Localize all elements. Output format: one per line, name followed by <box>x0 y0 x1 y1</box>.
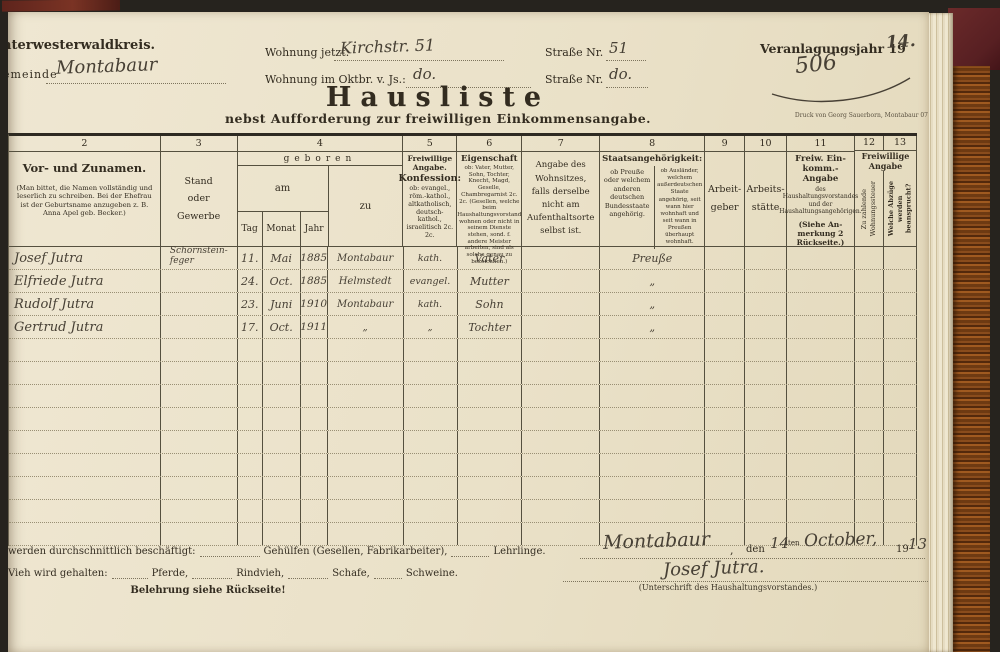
cell-monat <box>263 431 301 453</box>
cell-jahr <box>301 477 328 499</box>
cell-tag <box>238 408 263 430</box>
cell-wohnungssteuer <box>855 454 884 476</box>
cell-eigenschaft: Mutter <box>458 270 523 292</box>
form-subtitle: nebst Aufforderung zur freiwilligen Eink… <box>188 111 688 126</box>
place-handwritten: Montabaur <box>603 528 711 554</box>
den-label: den <box>746 544 765 555</box>
cell-monat <box>263 477 301 499</box>
cell-staatsangehoerigkeit: „ <box>600 270 705 292</box>
cell-einkommen <box>787 454 855 476</box>
cell-konfession <box>404 523 458 545</box>
cell-einkommen <box>787 293 855 315</box>
cell-jahr <box>301 523 328 545</box>
cell-arbeitsstaette <box>745 247 787 269</box>
cell-monat <box>263 362 301 384</box>
cell-geburtsort <box>328 431 404 453</box>
cell-staatsangehoerigkeit <box>600 431 705 453</box>
strasse-nr-value-1-handwritten: 51 <box>609 39 628 57</box>
cell-wohnsitz <box>522 454 600 476</box>
cell-geburtsort: „ <box>328 316 404 338</box>
cell-eigenschaft: Vater <box>458 247 523 269</box>
gemeinde-value-handwritten: Montabaur <box>56 54 158 79</box>
cell-wohnungssteuer <box>855 477 884 499</box>
strasse-nr-label-1: Straße Nr. <box>545 46 603 59</box>
cell-wohnungssteuer <box>855 339 884 361</box>
month-handwritten: October, <box>804 529 878 552</box>
cell-arbeitgeber <box>705 523 745 545</box>
geboren-label: geboren <box>238 152 403 166</box>
wohnung-oktbr-value-handwritten: do. <box>413 65 436 83</box>
cell-abzuege <box>884 247 917 269</box>
cell-stand: Schornstein- feger <box>161 247 238 269</box>
cell-konfession: kath. <box>404 247 458 269</box>
col-3-number: 3 <box>161 136 237 152</box>
cell-stand <box>161 408 238 430</box>
col-4-header: 4 geboren am Tag Monat Jahr zu <box>238 136 404 246</box>
cell-konfession <box>404 477 458 499</box>
table-row <box>9 339 917 362</box>
cell-tag <box>238 523 263 545</box>
table-row <box>9 477 917 500</box>
cell-stand <box>161 523 238 545</box>
cell-jahr: 1910 <box>301 293 328 315</box>
cell-arbeitsstaette <box>745 270 787 292</box>
col-11-note2: (Siehe An- merkung 2 Rückseite.) <box>797 220 845 248</box>
cell-wohnsitz <box>522 293 600 315</box>
cell-name: Josef Jutra <box>9 247 161 269</box>
col-10-number: 10 <box>745 136 786 152</box>
cell-staatsangehoerigkeit <box>600 339 705 361</box>
tag-label: Tag <box>238 212 263 246</box>
cell-arbeitsstaette <box>745 293 787 315</box>
cell-geburtsort <box>328 408 404 430</box>
wohnung-jetzt-dotted-line <box>334 59 504 61</box>
col-5-line2: Konfession: <box>399 173 461 184</box>
cell-monat <box>263 385 301 407</box>
cell-wohnsitz <box>522 270 600 292</box>
table-row <box>9 500 917 523</box>
book-scan: nterwesterwaldkreis. emeinde Montabaur W… <box>0 0 1000 652</box>
cell-arbeitsstaette <box>745 316 787 338</box>
cell-einkommen <box>787 270 855 292</box>
cell-abzuege <box>884 408 917 430</box>
table-row <box>9 454 917 477</box>
cell-wohnsitz <box>522 523 600 545</box>
col-13-rotated-label: Welche Abzüge werden beansprucht? <box>887 181 913 236</box>
table-row: Rudolf Jutra 23. Juni 1910 Montabaur kat… <box>9 293 917 316</box>
col-12-rotated-label: Zu zahlende Wohnungssteuer <box>860 181 878 236</box>
cell-arbeitsstaette <box>745 362 787 384</box>
cell-name: Elfriede Jutra <box>9 270 161 292</box>
cell-monat: Mai <box>263 247 301 269</box>
employees-blank-1 <box>200 547 260 557</box>
col-11-note: des Haushaltungsvorstandes und der Haush… <box>776 185 864 217</box>
cell-jahr <box>301 408 328 430</box>
cell-abzuege <box>884 339 917 361</box>
col-12-number: 12 <box>855 136 884 150</box>
cell-staatsangehoerigkeit: „ <box>600 316 705 338</box>
col-5-line1: Freiwillige Angabe. <box>407 154 452 172</box>
cell-name <box>9 385 161 407</box>
cell-name <box>9 431 161 453</box>
cell-wohnsitz <box>522 385 600 407</box>
cell-einkommen <box>787 339 855 361</box>
col-8-right-note: ob Ausländer, welchem außerdeutschen Sta… <box>655 166 704 249</box>
cell-tag <box>238 500 263 522</box>
cell-monat <box>263 454 301 476</box>
am-label: am <box>238 166 328 212</box>
livestock-blank-2 <box>192 569 232 579</box>
cell-name: Gertrud Jutra <box>9 316 161 338</box>
cell-monat <box>263 500 301 522</box>
col-8-title: Staatsangehörigkeit: <box>600 152 704 166</box>
cell-arbeitgeber <box>705 385 745 407</box>
strasse-nr-1-dotted-line <box>606 59 646 61</box>
cell-stand <box>161 270 238 292</box>
cell-geburtsort: Helmstedt <box>328 270 404 292</box>
cell-arbeitsstaette <box>745 339 787 361</box>
col-8-header: 8 Staatsangehörigkeit: ob Preuße oder we… <box>600 136 705 246</box>
cell-monat <box>263 523 301 545</box>
col-8-left-note: ob Preuße oder welchem anderen deutschen… <box>600 166 655 249</box>
cell-arbeitsstaette <box>745 408 787 430</box>
cell-arbeitgeber <box>705 316 745 338</box>
livestock-item-pferde: Pferde, <box>152 568 189 579</box>
cell-jahr <box>301 454 328 476</box>
year-handwritten: 13 <box>908 535 927 553</box>
cell-name <box>9 408 161 430</box>
col-7-title: Angabe des Wohnsitzes, falls derselbe ni… <box>522 159 599 238</box>
signature-dotted-line <box>563 580 928 582</box>
col-9-title: Arbeit- geber <box>708 181 741 217</box>
cell-arbeitsstaette <box>745 477 787 499</box>
cell-wohnsitz <box>522 247 600 269</box>
cell-eigenschaft: Sohn <box>458 293 523 315</box>
cell-wohnungssteuer <box>855 431 884 453</box>
cell-eigenschaft <box>458 500 523 522</box>
cell-geburtsort <box>328 500 404 522</box>
kreis-label: nterwesterwaldkreis. <box>8 38 155 53</box>
livestock-item-schweine: Schweine. <box>406 568 458 579</box>
col-6-number: 6 <box>457 136 521 152</box>
book-cover-corner <box>948 8 1000 70</box>
cell-konfession: kath. <box>404 293 458 315</box>
jahr-label: Jahr <box>301 212 328 246</box>
col-5-note: ob: evangel., röm.-kathol., altkatholisc… <box>403 184 456 241</box>
cell-name <box>9 500 161 522</box>
employees-prefix: werden durchschnittlich beschäftigt: <box>8 546 196 557</box>
table-row: Gertrud Jutra 17. Oct. 1911 „ „ Tochter … <box>9 316 917 339</box>
table-row <box>9 362 917 385</box>
cell-stand <box>161 362 238 384</box>
table-row: Josef Jutra Schornstein- feger 11. Mai 1… <box>9 247 917 270</box>
cell-arbeitgeber <box>705 431 745 453</box>
table-row <box>9 408 917 431</box>
cell-geburtsort: Montabaur <box>328 247 404 269</box>
col-2-note: (Man bittet, die Namen vollständig und l… <box>9 184 160 218</box>
cell-abzuege <box>884 431 917 453</box>
cell-arbeitgeber <box>705 454 745 476</box>
page-edges <box>927 13 953 652</box>
cell-stand <box>161 339 238 361</box>
cell-konfession: „ <box>404 316 458 338</box>
cell-arbeitgeber <box>705 408 745 430</box>
cell-stand <box>161 293 238 315</box>
col-4-number: 4 <box>238 136 403 152</box>
cell-einkommen <box>787 362 855 384</box>
livestock-blank-1 <box>112 569 148 579</box>
wohnung-jetzt-label: Wohnung jetzt: <box>265 46 349 59</box>
cell-monat <box>263 408 301 430</box>
cell-jahr: 1885 <box>301 247 328 269</box>
cell-arbeitsstaette <box>745 431 787 453</box>
cell-name <box>9 477 161 499</box>
cell-abzuege <box>884 385 917 407</box>
cell-konfession: evangel. <box>404 270 458 292</box>
belehrung-note: Belehrung siehe Rückseite! <box>98 585 318 596</box>
col-7-number: 7 <box>522 136 599 152</box>
table-row <box>9 431 917 454</box>
cell-jahr: 1885 <box>301 270 328 292</box>
cell-tag: 23. <box>238 293 263 315</box>
col-2-number: 2 <box>9 136 160 152</box>
cell-einkommen <box>787 385 855 407</box>
cell-abzuege <box>884 454 917 476</box>
cell-geburtsort <box>328 454 404 476</box>
cell-tag <box>238 454 263 476</box>
table-body: Josef Jutra Schornstein- feger 11. Mai 1… <box>9 247 917 546</box>
cell-jahr <box>301 362 328 384</box>
cell-abzuege <box>884 500 917 522</box>
cell-geburtsort <box>328 477 404 499</box>
cell-staatsangehoerigkeit <box>600 454 705 476</box>
col-9-number: 9 <box>705 136 744 152</box>
gemeinde-label: emeinde <box>8 68 58 81</box>
livestock-prefix: Vieh wird gehalten: <box>8 568 108 579</box>
cell-geburtsort <box>328 339 404 361</box>
cell-tag: 17. <box>238 316 263 338</box>
cell-staatsangehoerigkeit <box>600 385 705 407</box>
cell-stand <box>161 316 238 338</box>
cell-arbeitsstaette <box>745 500 787 522</box>
col-5-number: 5 <box>403 136 456 152</box>
cell-tag <box>238 477 263 499</box>
cell-monat: Oct. <box>263 270 301 292</box>
col-6-title: Eigenschaft <box>461 154 517 164</box>
cell-abzuege <box>884 293 917 315</box>
col-2-header: 2 Vor- und Zunamen. (Man bittet, die Nam… <box>9 136 161 246</box>
cell-arbeitgeber <box>705 339 745 361</box>
cell-arbeitgeber <box>705 362 745 384</box>
cell-einkommen <box>787 247 855 269</box>
cell-staatsangehoerigkeit <box>600 408 705 430</box>
cell-wohnungssteuer <box>855 408 884 430</box>
cell-einkommen <box>787 431 855 453</box>
table-header: 2 Vor- und Zunamen. (Man bittet, die Nam… <box>9 136 917 247</box>
cell-monat <box>263 339 301 361</box>
cell-arbeitsstaette <box>745 454 787 476</box>
day-handwritten: 14 <box>770 534 789 552</box>
cell-konfession <box>404 500 458 522</box>
cell-name <box>9 523 161 545</box>
cell-jahr <box>301 500 328 522</box>
cell-stand <box>161 477 238 499</box>
form-page: nterwesterwaldkreis. emeinde Montabaur W… <box>8 12 929 652</box>
cell-konfession <box>404 339 458 361</box>
livestock-blank-3 <box>288 569 328 579</box>
printer-note: Druck von Georg Sauerborn, Montabaur 07 <box>758 112 928 119</box>
comma-printed: , <box>730 544 734 557</box>
cell-eigenschaft: Tochter <box>458 316 523 338</box>
cell-staatsangehoerigkeit: „ <box>600 293 705 315</box>
cell-geburtsort: Montabaur <box>328 293 404 315</box>
col-13-number: 13 <box>884 136 916 150</box>
col-7-header: 7 Angabe des Wohnsitzes, falls derselbe … <box>522 136 600 246</box>
cell-tag <box>238 431 263 453</box>
cell-monat: Oct. <box>263 316 301 338</box>
col-3-title: Stand oder Gewerbe <box>177 173 220 224</box>
cell-arbeitsstaette <box>745 385 787 407</box>
cell-arbeitgeber <box>705 477 745 499</box>
cell-konfession <box>404 454 458 476</box>
cell-eigenschaft <box>458 477 523 499</box>
cell-staatsangehoerigkeit <box>600 477 705 499</box>
employees-mid: Gehülfen (Gesellen, Fabrikarbeiter), <box>264 546 448 557</box>
book-edge-marbling <box>953 66 990 652</box>
cell-geburtsort <box>328 385 404 407</box>
cell-jahr <box>301 431 328 453</box>
cell-wohnungssteuer <box>855 362 884 384</box>
cell-arbeitgeber <box>705 270 745 292</box>
cell-name <box>9 454 161 476</box>
cell-eigenschaft <box>458 339 523 361</box>
col-12-13-shared-title: Freiwillige Angabe <box>855 151 916 171</box>
cell-arbeitgeber <box>705 247 745 269</box>
cell-eigenschaft <box>458 523 523 545</box>
cell-name <box>9 339 161 361</box>
cell-stand <box>161 431 238 453</box>
cell-arbeitgeber <box>705 500 745 522</box>
col-11-header: 11 Freiw. Ein- komm.-Angabe des Haushalt… <box>787 136 855 246</box>
cell-konfession <box>404 362 458 384</box>
cell-jahr <box>301 385 328 407</box>
cell-tag <box>238 362 263 384</box>
table-row <box>9 385 917 408</box>
cell-eigenschaft <box>458 385 523 407</box>
zu-label: zu <box>328 166 403 246</box>
monat-label: Monat <box>263 212 301 246</box>
cell-wohnsitz <box>522 362 600 384</box>
cell-tag <box>238 385 263 407</box>
hausliste-table: 2 Vor- und Zunamen. (Man bittet, die Nam… <box>8 133 917 546</box>
cell-staatsangehoerigkeit <box>600 500 705 522</box>
col-9-header: 9 Arbeit- geber <box>705 136 745 246</box>
cell-wohnungssteuer <box>855 247 884 269</box>
cell-abzuege <box>884 316 917 338</box>
cell-stand <box>161 454 238 476</box>
col-6-header: 6 Eigenschaft ob: Vater, Mutter, Sohn, T… <box>457 136 522 246</box>
cell-arbeitgeber <box>705 293 745 315</box>
cell-monat: Juni <box>263 293 301 315</box>
cell-stand <box>161 385 238 407</box>
cell-konfession <box>404 431 458 453</box>
employees-end: Lehrlinge. <box>493 546 545 557</box>
cell-einkommen <box>787 408 855 430</box>
strasse-nr-value-2-handwritten: do. <box>609 65 632 83</box>
cell-staatsangehoerigkeit <box>600 362 705 384</box>
flourish-underline <box>766 74 916 104</box>
livestock-item-schafe: Schafe, <box>332 568 370 579</box>
cell-name <box>9 362 161 384</box>
cell-wohnungssteuer <box>855 316 884 338</box>
wohnung-jetzt-value-handwritten: Kirchstr. 51 <box>340 35 436 57</box>
signature-caption: (Unterschrift des Haushaltungsvorstandes… <box>588 583 868 592</box>
cell-einkommen <box>787 477 855 499</box>
cell-einkommen <box>787 316 855 338</box>
livestock-line: Vieh wird gehalten: Pferde, Rindvieh, Sc… <box>8 568 458 579</box>
livestock-blank-4 <box>374 569 402 579</box>
year-printed: 19 <box>896 544 909 555</box>
col-2-title: Vor- und Zunamen. <box>23 161 147 175</box>
cell-eigenschaft <box>458 454 523 476</box>
cell-geburtsort <box>328 523 404 545</box>
form-title: Hausliste <box>188 82 688 113</box>
employees-blank-2 <box>451 547 489 557</box>
cell-name: Rudolf Jutra <box>9 293 161 315</box>
cell-wohnungssteuer <box>855 385 884 407</box>
cell-jahr: 1911 <box>301 316 328 338</box>
day-suffix: ten <box>788 539 799 547</box>
cell-wohnsitz <box>522 339 600 361</box>
cell-wohnsitz <box>522 431 600 453</box>
col-3-header: 3 Stand oder Gewerbe <box>161 136 238 246</box>
table-row: Elfriede Jutra 24. Oct. 1885 Helmstedt e… <box>9 270 917 293</box>
cell-eigenschaft <box>458 362 523 384</box>
cell-konfession <box>404 385 458 407</box>
cell-abzuege <box>884 477 917 499</box>
cell-wohnsitz <box>522 477 600 499</box>
book-cover-edge-top-left <box>2 0 120 12</box>
cell-abzuege <box>884 362 917 384</box>
col-11-title: Freiw. Ein- komm.-Angabe <box>787 154 854 185</box>
col-8-number: 8 <box>600 136 704 152</box>
cell-geburtsort <box>328 362 404 384</box>
cell-tag: 11. <box>238 247 263 269</box>
cell-wohnsitz <box>522 408 600 430</box>
cell-tag: 24. <box>238 270 263 292</box>
cell-wohnungssteuer <box>855 500 884 522</box>
cell-eigenschaft <box>458 408 523 430</box>
cell-tag <box>238 339 263 361</box>
cell-stand <box>161 500 238 522</box>
employees-line: werden durchschnittlich beschäftigt: Geh… <box>8 546 546 557</box>
cell-jahr <box>301 339 328 361</box>
signature-handwritten: Josef Jutra. <box>663 556 765 581</box>
cell-wohnungssteuer <box>855 293 884 315</box>
cell-konfession <box>404 408 458 430</box>
col-5-header: 5 Freiwillige Angabe. Konfession: ob: ev… <box>403 136 457 246</box>
cell-wohnsitz <box>522 316 600 338</box>
col-12-13-header: 12 13 Freiwillige Angabe Zu zahlende Woh… <box>855 136 917 246</box>
cell-wohnsitz <box>522 500 600 522</box>
cell-eigenschaft <box>458 431 523 453</box>
cell-einkommen <box>787 500 855 522</box>
cell-wohnungssteuer <box>855 270 884 292</box>
cell-abzuege <box>884 270 917 292</box>
col-11-number: 11 <box>787 136 854 152</box>
veranlagungsjahr-handwritten: 14. <box>885 31 916 53</box>
cell-staatsangehoerigkeit: Preuße <box>600 247 705 269</box>
